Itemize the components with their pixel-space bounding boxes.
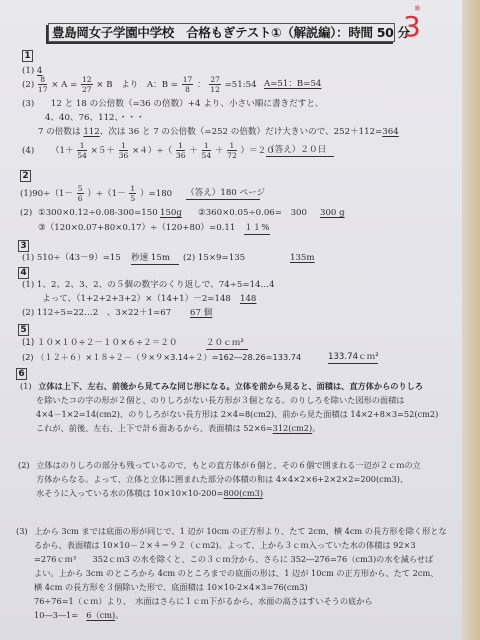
s4-q1-line2: よって、（1+2+2+3+2）×（14+1）－2=148 bbox=[42, 294, 231, 305]
s4-q1-line1: (1) 1、2、2、3、2、の５個の数字のくり返しで、74÷5=14…4 bbox=[22, 280, 275, 291]
s6-q1-line4: これが、前後、左右、上下で計６面あるから、表面積は 52×6=312(cm2)。 bbox=[36, 423, 320, 434]
s5-q1-label: (1) bbox=[22, 338, 34, 348]
s4-q2-answer: 67 個 bbox=[190, 308, 212, 319]
s6-q1-line3: 4×4－1×2=14(cm2)、のりしろがない長方形は 2×4=8(cm2)、前… bbox=[36, 409, 438, 420]
s1-q3-line2: 4、40、76、112、・・・ bbox=[45, 113, 145, 124]
s6-q3-line1: (3) 上から 3cm までは底面の形が同じで、1 辺が 10cm の正方形より… bbox=[16, 526, 447, 537]
s6-q2-line3: 水そうに入っている水の体積は 10×10×10-200=800(cm3) bbox=[36, 488, 263, 499]
section-number-6: 6 bbox=[16, 368, 27, 380]
fraction: 817 bbox=[38, 75, 48, 94]
s1-q2: (1) (2) 817 × A = 1227 × B より A：B = 178 … bbox=[22, 74, 257, 96]
s1-q3-line3: 7 の倍数は 112、次は 36 と 7 の公倍数（=252 の倍数）だけ大きい… bbox=[38, 127, 399, 138]
s1-q4: (4) （1＋ 154 ×５＋ 136 ×４）÷（ 136 ＋ 154 ＋ 17… bbox=[22, 140, 275, 162]
s3-q2-label: (2) bbox=[183, 253, 195, 263]
s2-q2-sub1-answer: 150g bbox=[160, 208, 182, 219]
s6-q1-line1: (1) 立体は上下、左右、前後から見てみな同じ形になる。立体を前から見ると、面積… bbox=[20, 381, 423, 392]
s2-q2-sub2: ②360×0.05÷0.06= 300 bbox=[198, 208, 307, 219]
s5-q1: (1) １０×１０÷２－１０×６÷２＝２０ bbox=[22, 338, 177, 349]
fraction: 154 bbox=[202, 141, 212, 160]
s1-q4-label: (4) bbox=[22, 146, 34, 156]
fraction: 172 bbox=[227, 141, 237, 160]
fraction: 136 bbox=[176, 141, 186, 160]
s1-q3-label: (3) bbox=[22, 99, 34, 109]
s2-q1: (1)90÷（1－ 56 ）÷（1－ 15 ）=180 bbox=[20, 183, 172, 205]
s1-q3-line1: (3) 12 と 18 の公倍数（=36 の倍数）+4 より、小さい順に書きだす… bbox=[22, 99, 324, 110]
s5-q2-answer: 133.74ｃｍ² bbox=[328, 352, 378, 364]
s1-q4-answer: （答え）２０日 bbox=[266, 145, 334, 157]
s5-q1-answer: ２０ｃｍ² bbox=[206, 338, 248, 350]
s5-q2: (2) （１２＋６）×１８÷２－（９×９×3.14÷２）=162―28.26=1… bbox=[22, 352, 301, 363]
s4-q2: (2) 112÷5=22…2 、3×22＋1=67 bbox=[22, 308, 171, 319]
s3-q1-answer: 秒速 15m bbox=[131, 253, 179, 265]
section-number-3: 3 bbox=[18, 240, 29, 252]
fraction: 56 bbox=[77, 184, 84, 203]
fraction: 15 bbox=[129, 184, 136, 203]
s6-q3-answer: 6（cm) bbox=[86, 610, 115, 620]
paper-edge-shadow bbox=[462, 0, 480, 640]
s2-q2-label: (2) bbox=[20, 208, 32, 219]
s1-q3-answer: 364 bbox=[382, 127, 398, 137]
s1-q2-answer: A=51：B=54 bbox=[264, 79, 321, 90]
s2-q2-sub1: ①300×0.12÷0.08-300=150 bbox=[38, 208, 158, 219]
s2-q1-label: (1) bbox=[20, 189, 32, 199]
fraction: 1227 bbox=[81, 75, 93, 94]
s4-q1-answer: 148 bbox=[240, 294, 256, 305]
s5-q2-label: (2) bbox=[22, 352, 34, 362]
s3-q1: (1) 510÷（43－9）=15 bbox=[22, 253, 121, 264]
section-number-2: 2 bbox=[20, 170, 31, 182]
fraction: 178 bbox=[182, 75, 194, 94]
s6-q3-line2: るから、表面積は 10×10－２×４＝９２（ｃｍ2)。よって、上から３ｃｍ入って… bbox=[34, 540, 416, 551]
s6-q3-line5: 横 4cm の長方形を３個除いた形で、底面積は 10×10-2×4×3=76(c… bbox=[34, 582, 308, 593]
page-title: 豊島岡女子学園中学校 合格もぎテスト①（解説編）：時間 50 分 bbox=[48, 23, 395, 42]
s1-q2-label: (2) bbox=[22, 80, 34, 90]
s6-q1-answer: 312(cm2) bbox=[273, 423, 313, 433]
s2-q2-sub3: ③（120×0.07+80×0.17）÷（120+80）=0.11 bbox=[38, 223, 235, 234]
s2-q2-sub2-answer: 300 g bbox=[320, 208, 345, 219]
s6-q3-line6: 76÷76=1（ｃｍ）より、 水面はさらに１ｃｍ下がるから、水面の高さはすいそう… bbox=[34, 596, 373, 607]
section-number-4: 4 bbox=[18, 267, 29, 279]
s3-q2-answer: 135m bbox=[290, 253, 315, 264]
s6-q3-line4: よい。上から 3cm のところから 4cm のところまでの底面の形は、1 辺が … bbox=[34, 568, 438, 579]
s6-q1-line2: を除いたコの字の形が２個と、のりしろがない長方形が３個となる。のりしろを除いた図… bbox=[36, 395, 404, 406]
score-red-mark: 3 bbox=[403, 12, 421, 42]
s3-q2: (2) 15×9=135 bbox=[183, 253, 245, 264]
s6-q2-line2: 方体からなる。よって、立体と立体に囲まれた部分の体積の和は 4×4×2×6+2×… bbox=[36, 474, 408, 485]
s6-q3-label: (3) bbox=[16, 526, 28, 536]
fraction: 154 bbox=[77, 141, 87, 160]
s6-q2-label: (2) bbox=[18, 460, 30, 470]
s3-q1-label: (1) bbox=[22, 253, 34, 263]
s6-q3-line7: 10―3―1= 6（cm)。 bbox=[34, 610, 123, 621]
fraction: 136 bbox=[119, 141, 129, 160]
s6-q1-label: (1) bbox=[20, 381, 32, 391]
s6-q3-line3: =276ｃｍ³ 352ｃｍ3 の水を除くと、この３ｃｍ分から、さらに 352―2… bbox=[34, 554, 433, 565]
s2-q1-answer: （答え）180 ページ bbox=[186, 188, 260, 200]
fraction: 2712 bbox=[209, 75, 221, 94]
s4-q2-label: (2) bbox=[22, 308, 34, 318]
s6-q2-line1: (2) 立体はのりしろの部分も残っているので、もとの直方体が６個と、その６個で囲… bbox=[18, 460, 421, 471]
s2-q2-sub3-answer: １１% bbox=[244, 223, 270, 235]
s4-q1-label: (1) bbox=[22, 280, 34, 290]
section-number-1: 1 bbox=[22, 50, 33, 62]
section-number-5: 5 bbox=[18, 324, 29, 336]
s6-q2-answer: 800(cm3) bbox=[223, 488, 263, 498]
